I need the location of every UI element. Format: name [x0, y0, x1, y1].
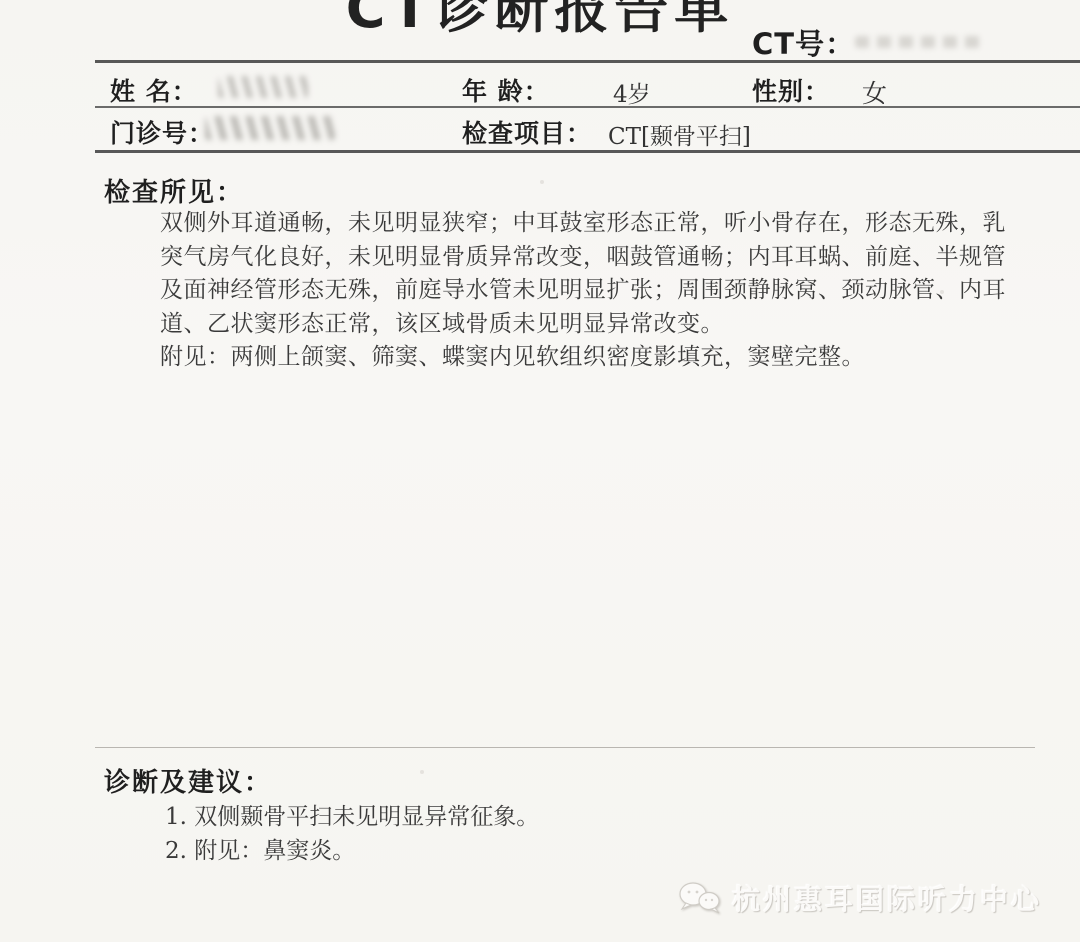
ct-number-value-illegible: [855, 36, 985, 48]
scan-speckle: [540, 180, 544, 184]
findings-line: 突气房气化良好，未见明显骨质异常改变，咽鼓管通畅；内耳耳蜗、前庭、半规管: [160, 241, 1016, 275]
exam-item-value: CT[颞骨平扫]: [608, 118, 751, 151]
ct-number-label: CT号：: [752, 22, 855, 63]
findings-header: 检查所见：: [104, 172, 244, 209]
age-label: 年 龄：: [462, 72, 550, 108]
diagnosis-header: 诊断及建议：: [104, 762, 272, 799]
divider-diagnosis: [95, 747, 1035, 748]
gender-value: 女: [862, 74, 887, 110]
outpatient-number-value-illegible: [205, 116, 335, 140]
diagnosis-item: 1. 双侧颞骨平扫未见明显异常征象。: [165, 800, 865, 834]
watermark: 杭州惠耳国际听力中心: [678, 878, 1042, 918]
watermark-text: 杭州惠耳国际听力中心: [732, 878, 1042, 918]
exam-item-label: 检查项目：: [462, 114, 592, 150]
divider-row1: [95, 106, 1080, 108]
name-label: 姓 名：: [110, 72, 198, 108]
findings-line: 道、乙状窦形态正常，该区域骨质未见明显异常改变。: [160, 308, 1016, 342]
findings-line: 双侧外耳道通畅，未见明显狭窄；中耳鼓室形态正常，听小骨存在，形态无殊，乳: [160, 207, 1016, 241]
diagnosis-item: 2. 附见：鼻窦炎。: [165, 834, 865, 868]
name-value-illegible: [218, 76, 308, 98]
divider-row2: [95, 150, 1080, 153]
findings-line: 附见：两侧上颌窦、筛窦、蝶窦内见软组织密度影填充，窦壁完整。: [160, 341, 1016, 375]
findings-line: 及面神经管形态无殊，前庭导水管未见明显扩张；周围颈静脉窝、颈动脉管、内耳: [160, 274, 1016, 308]
findings-paragraph: 双侧外耳道通畅，未见明显狭窄；中耳鼓室形态正常，听小骨存在，形态无殊，乳 突气房…: [160, 207, 1016, 375]
scan-speckle: [420, 770, 424, 774]
wechat-chat-bubbles-icon: [678, 880, 722, 916]
gender-label: 性别：: [752, 72, 830, 108]
diagnosis-list: 1. 双侧颞骨平扫未见明显异常征象。 2. 附见：鼻窦炎。: [165, 800, 865, 868]
age-value: 4岁: [613, 76, 651, 109]
divider-under-title: [95, 60, 1080, 63]
outpatient-number-label: 门诊号：: [110, 114, 214, 150]
scan-speckle: [940, 290, 944, 294]
